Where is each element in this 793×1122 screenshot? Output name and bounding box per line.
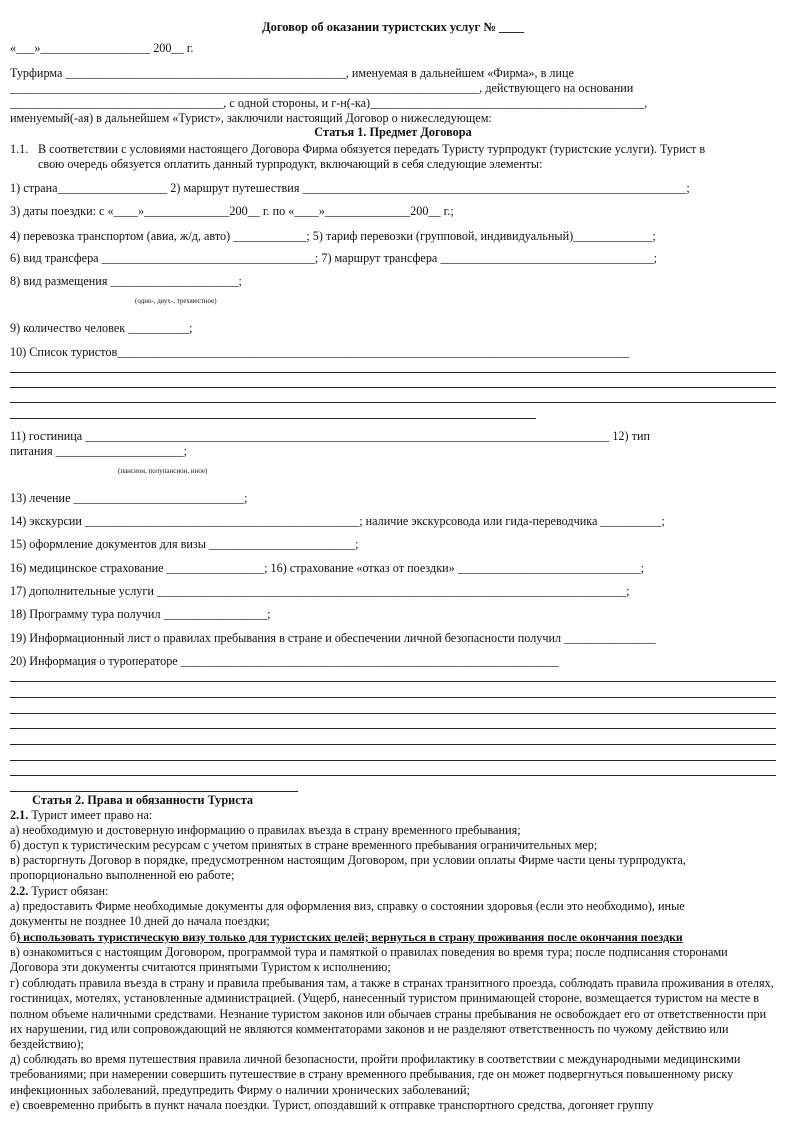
item-12-meals: питания _____________________;	[10, 444, 187, 459]
clause-2-1-number: 2.1.	[10, 808, 28, 822]
item-8: 8) вид размещения _____________________;	[10, 274, 242, 289]
document-title: Договор об оказании туристских услуг № _…	[10, 20, 776, 35]
clause-2-1-text: Турист имеет право на:	[28, 808, 152, 822]
item-16: 16) медицинское страхование ____________…	[10, 561, 644, 576]
meals-note: (пансион, полупансион, иное)	[118, 467, 207, 475]
blank-line	[10, 744, 776, 745]
clause-2-2-e: е) своевременно прибыть в пункт начала п…	[10, 1098, 654, 1113]
clause-2-2-number: 2.2.	[10, 884, 28, 898]
clause-2-2-v: в) ознакомиться с настоящим Договором, п…	[10, 945, 750, 976]
clause-2-2-text: Турист обязан:	[28, 884, 108, 898]
parties-line-3: ___________________________________, с о…	[10, 96, 647, 111]
item-14: 14) экскурсии __________________________…	[10, 514, 665, 529]
item-19: 19) Информационный лист о правилах пребы…	[10, 631, 656, 646]
clause-2-2-a: а) предоставить Фирме необходимые докуме…	[10, 899, 730, 930]
blank-line	[10, 775, 776, 776]
item-18: 18) Программу тура получил _____________…	[10, 607, 271, 622]
item-3: 3) даты поездки: с «____»______________2…	[10, 204, 454, 219]
blank-line	[10, 372, 776, 373]
blank-line	[10, 697, 776, 698]
clause-2-2-b-text: ) использовать туристическую визу только…	[16, 930, 683, 944]
clause-2-1-a: а) необходимую и достоверную информацию …	[10, 823, 521, 838]
item-4-5: 4) перевозка транспортом (авиа, ж/д, авт…	[10, 229, 656, 244]
clause-2-1: 2.1. Турист имеет право на:	[10, 808, 152, 823]
clause-2-2-g: г) соблюдать правила въезда в страну и п…	[10, 976, 780, 1052]
item-20: 20) Информация о туроператоре __________…	[10, 654, 559, 669]
clause-1-1-line-2: свою очередь обязуется оплатить данный т…	[38, 157, 542, 172]
clause-2-2-b: б) использовать туристическую визу тольк…	[10, 930, 683, 945]
item-6-7: 6) вид трансфера _______________________…	[10, 251, 657, 266]
blank-line	[10, 791, 298, 792]
blank-line	[10, 760, 776, 761]
item-9: 9) количество человек __________;	[10, 321, 193, 336]
item-13: 13) лечение ____________________________…	[10, 491, 248, 506]
blank-line	[10, 387, 776, 388]
clause-2-2: 2.2. Турист обязан:	[10, 884, 108, 899]
clause-1-1-number: 1.1.	[10, 142, 28, 157]
parties-line-4: именуемый(-ая) в дальнейшем «Турист», за…	[10, 111, 492, 126]
blank-line	[10, 681, 776, 682]
accommodation-note: (одно-, двух-, трехместное)	[135, 297, 217, 305]
item-1-2: 1) страна__________________ 2) маршрут п…	[10, 181, 690, 196]
parties-line-2: ________________________________________…	[10, 81, 633, 96]
article-2-heading: Статья 2. Права и обязанности Туриста	[32, 793, 253, 808]
article-1-heading: Статья 1. Предмет Договора	[10, 125, 776, 140]
clause-2-2-d: д) соблюдать во время путешествия правил…	[10, 1052, 780, 1098]
date-line: «___»__________________ 200__ г.	[10, 41, 193, 56]
clause-1-1-line-1: В соответствии с условиями настоящего До…	[38, 142, 705, 157]
parties-line-1: Турфирма _______________________________…	[10, 66, 574, 81]
blank-line	[10, 418, 536, 419]
blank-line	[10, 402, 776, 403]
item-11-12: 11) гостиница __________________________…	[10, 429, 650, 444]
item-15: 15) оформление документов для визы _____…	[10, 537, 359, 552]
clause-2-1-v: в) расторгнуть Договор в порядке, предус…	[10, 853, 770, 884]
blank-line	[10, 728, 776, 729]
item-17: 17) дополнительные услуги ______________…	[10, 584, 630, 599]
item-10: 10) Список туристов_____________________…	[10, 345, 629, 360]
clause-2-1-b: б) доступ к туристическим ресурсам с уче…	[10, 838, 597, 853]
blank-line	[10, 713, 776, 714]
